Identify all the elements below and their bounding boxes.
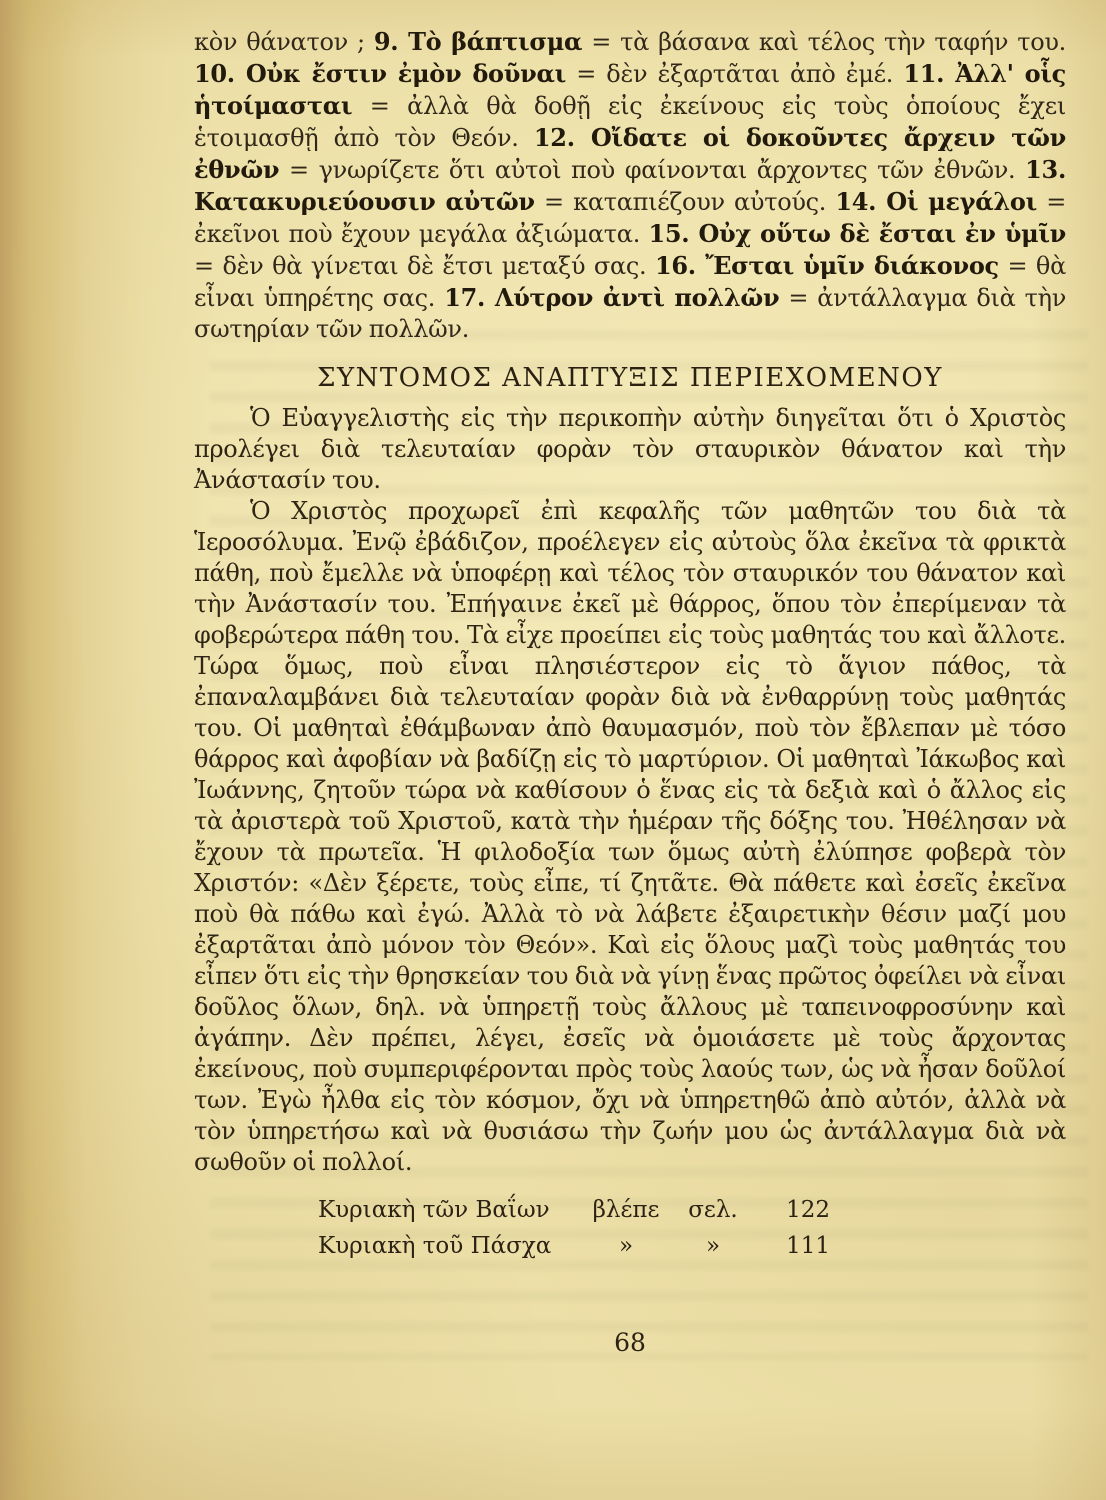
reference-title: Κυριακὴ τῶν Βαΐων	[318, 1192, 576, 1228]
glossary-explanation: = γνωρίζετε ὅτι αὐτοὶ ποὺ φαίνονται ἄρχο…	[279, 156, 1025, 184]
reference-row-palm-sunday: Κυριακὴ τῶν Βαΐων βλέπε σελ. 122	[318, 1192, 1066, 1228]
glossary-lemma: 15. Οὐχ οὕτω δὲ ἔσται ἐν ὑμῖν	[648, 219, 1066, 248]
references: Κυριακὴ τῶν Βαΐων βλέπε σελ. 122 Κυριακὴ…	[318, 1192, 1066, 1264]
glossary-explanation: = καταπιέζουν αὐτούς.	[535, 188, 836, 216]
glossary-paragraph: κὸν θάνατον ; 9. Τὸ βάπτισμα = τὰ βάσανα…	[194, 26, 1066, 345]
summary-paragraph-1: Ὁ Εὐαγγελιστὴς εἰς τὴν περικοπὴν αὐτὴν δ…	[194, 403, 1066, 496]
book-page: κὸν θάνατον ; 9. Τὸ βάπτισμα = τὰ βάσανα…	[0, 0, 1106, 1500]
section-heading: ΣΥΝΤΟΜΟΣ ΑΝΑΠΤΥΞΙΣ ΠΕΡΙΕΧΟΜΕΝΟΥ	[194, 363, 1066, 393]
text-block: κὸν θάνατον ; 9. Τὸ βάπτισμα = τὰ βάσανα…	[194, 26, 1066, 1264]
glossary-explanation: = τὰ βάσανα καὶ τέλος τὴν ταφήν του.	[582, 28, 1066, 56]
summary-paragraph-2: Ὁ Χριστὸς προχωρεῖ ἐπὶ κεφαλῆς τῶν μαθητ…	[194, 496, 1066, 1178]
glossary-lemma: 9. Τὸ βάπτισμα	[374, 27, 582, 56]
glossary-lemma: 10. Οὐκ ἔστιν ἐμὸν δοῦναι	[194, 59, 566, 88]
glossary-explanation: κὸν θάνατον ;	[194, 28, 374, 56]
reference-title: Κυριακὴ τοῦ Πάσχα	[318, 1228, 576, 1264]
glossary-lemma: 16. Ἔσται ὑμῖν διάκονος	[655, 251, 999, 280]
page-number: 68	[194, 1328, 1066, 1357]
reference-ditto-mark: »	[576, 1228, 676, 1264]
reference-page-word: σελ.	[676, 1192, 750, 1228]
reference-see-word: βλέπε	[576, 1192, 676, 1228]
glossary-explanation: = δὲν ἐξαρτᾶται ἀπὸ ἐμέ.	[566, 60, 903, 88]
reference-ditto-mark: »	[676, 1228, 750, 1264]
glossary-explanation: = δὲν θὰ γίνεται δὲ ἔτσι μεταξύ σας.	[194, 252, 655, 280]
glossary-lemma: 17. Λύτρον ἀντὶ πολλῶν	[444, 283, 779, 312]
reference-page-number: 111	[750, 1228, 830, 1264]
reference-row-easter: Κυριακὴ τοῦ Πάσχα » » 111	[318, 1228, 1066, 1264]
glossary-lemma: 14. Οἱ μεγάλοι	[835, 187, 1037, 216]
reference-page-number: 122	[750, 1192, 830, 1228]
